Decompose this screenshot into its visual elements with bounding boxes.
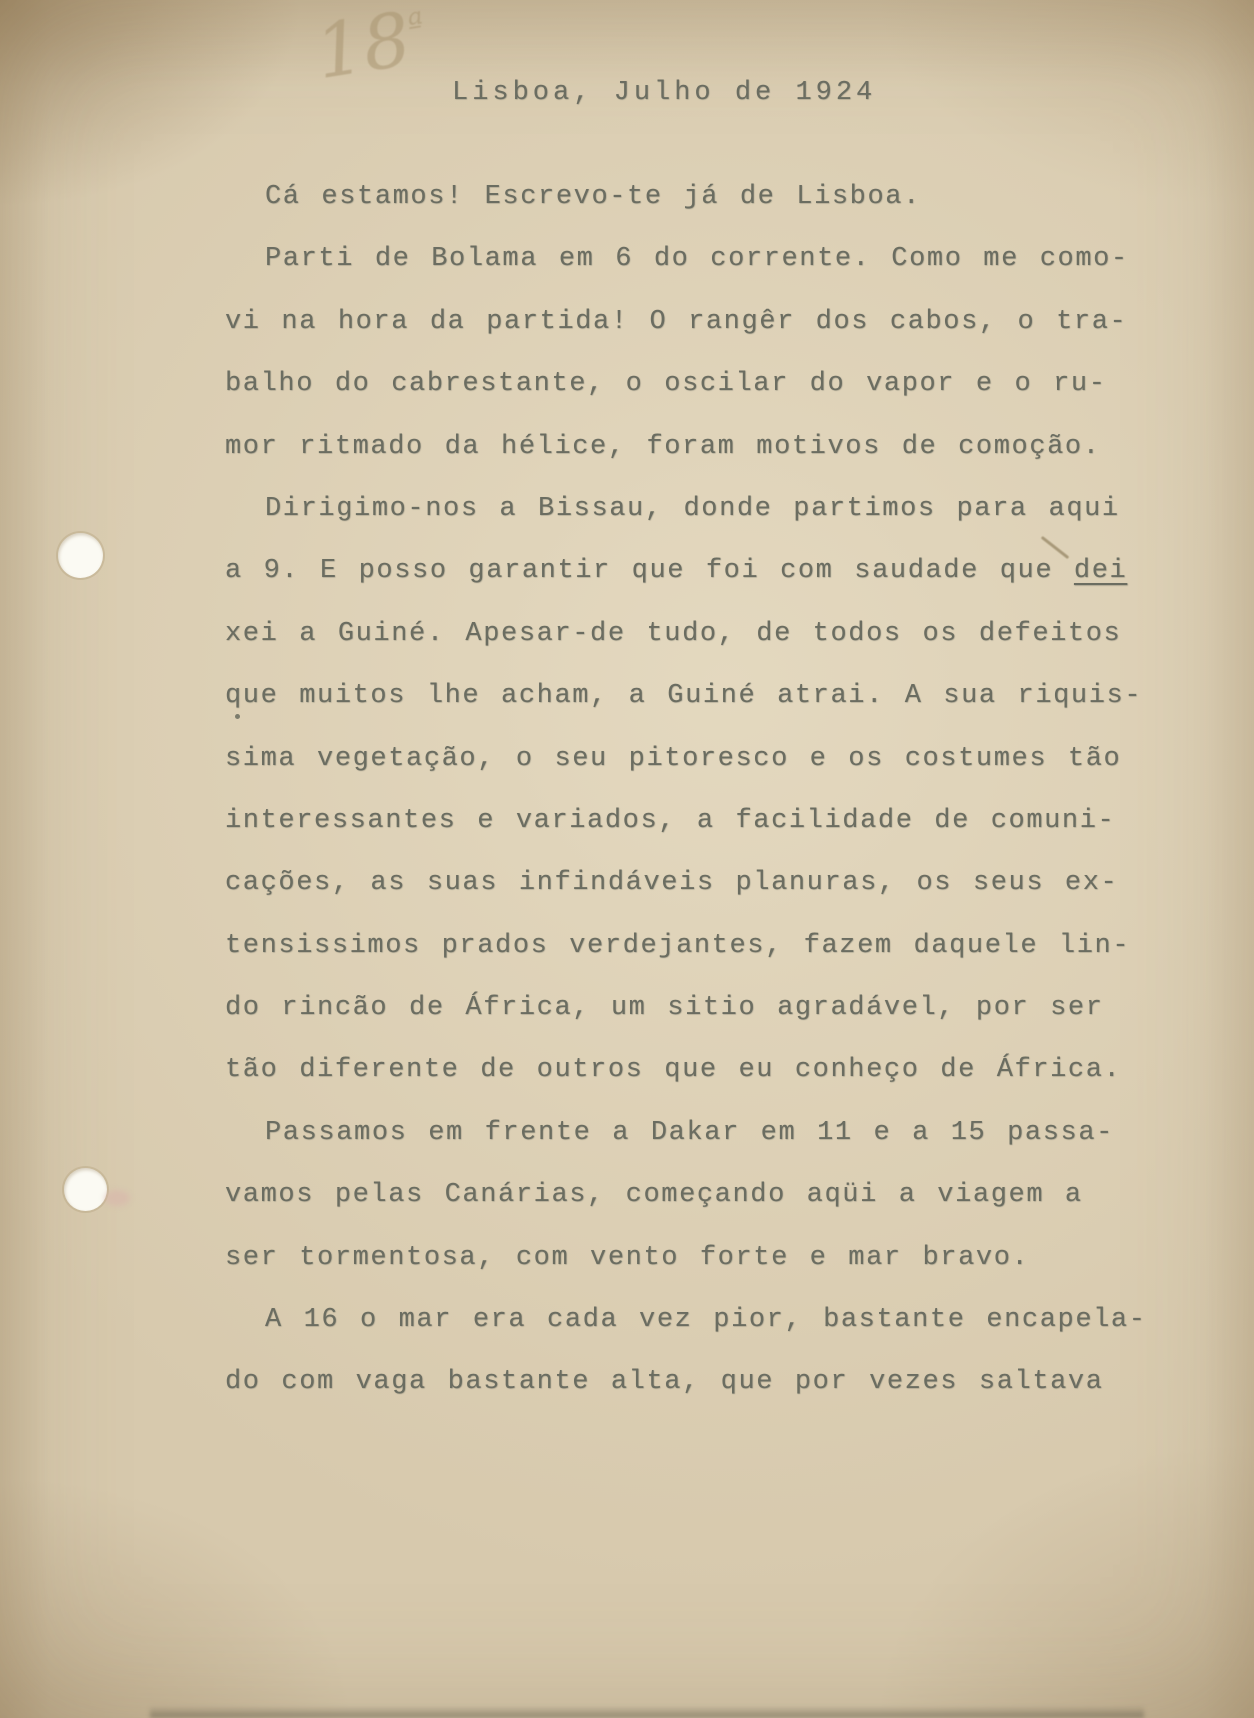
pencil-annotation-number: 18 bbox=[310, 0, 416, 96]
letter-line: A 16 o mar era cada vez pior, bastante e… bbox=[225, 1289, 1165, 1351]
letter-line: que muitos lhe acham, a Guiné atrai. A s… bbox=[225, 665, 1165, 727]
letter-body: Cá estamos! Escrevo-te já de Lisboa. Par… bbox=[225, 166, 1165, 1414]
letter-line: do com vaga bastante alta, que por vezes… bbox=[225, 1351, 1165, 1413]
letter-line: Passamos em frente a Dakar em 11 e a 15 … bbox=[225, 1102, 1165, 1164]
letter-line: interessantes e variados, a facilidade d… bbox=[225, 790, 1165, 852]
letter-line: cações, as suas infindáveis planuras, os… bbox=[225, 852, 1165, 914]
letter-line: balho do cabrestante, o oscilar do vapor… bbox=[225, 353, 1165, 415]
letter-line: xei a Guiné. Apesar-de tudo, de todos os… bbox=[225, 603, 1165, 665]
dateline: Lisboa, Julho de 1924 bbox=[452, 78, 876, 108]
scan-edge-shadow bbox=[150, 1706, 1144, 1718]
letter-line: vamos pelas Canárias, começando aqüi a v… bbox=[225, 1164, 1165, 1226]
letter-line-text: a 9. E posso garantir que foi com saudad… bbox=[225, 556, 1074, 586]
letter-line: sima vegetação, o seu pitoresco e os cos… bbox=[225, 728, 1165, 790]
document-page: 18ª Lisboa, Julho de 1924 Cá estamos! Es… bbox=[0, 0, 1254, 1718]
pencil-annotation: 18ª bbox=[310, 0, 432, 96]
letter-line: tensissimos prados verdejantes, fazem da… bbox=[225, 915, 1165, 977]
punch-hole-top bbox=[58, 533, 103, 578]
letter-line: mor ritmado da hélice, foram motivos de … bbox=[225, 416, 1165, 478]
ink-speck bbox=[235, 714, 240, 719]
punch-hole-bottom bbox=[64, 1168, 107, 1211]
letter-line: vi na hora da partida! O rangêr dos cabo… bbox=[225, 291, 1165, 353]
letter-line: Dirigimo-nos a Bissau, donde partimos pa… bbox=[225, 478, 1165, 540]
letter-line: Parti de Bolama em 6 do corrente. Como m… bbox=[225, 228, 1165, 290]
letter-line: tão diferente de outros que eu conheço d… bbox=[225, 1039, 1165, 1101]
letter-line: a 9. E posso garantir que foi com saudad… bbox=[225, 540, 1165, 602]
letter-line: do rincão de África, um sitio agradável,… bbox=[225, 977, 1165, 1039]
underlined-word: dei bbox=[1074, 556, 1127, 586]
paper-smudge bbox=[104, 1190, 130, 1206]
letter-line: Cá estamos! Escrevo-te já de Lisboa. bbox=[225, 166, 1165, 228]
letter-line: ser tormentosa, com vento forte e mar br… bbox=[225, 1227, 1165, 1289]
